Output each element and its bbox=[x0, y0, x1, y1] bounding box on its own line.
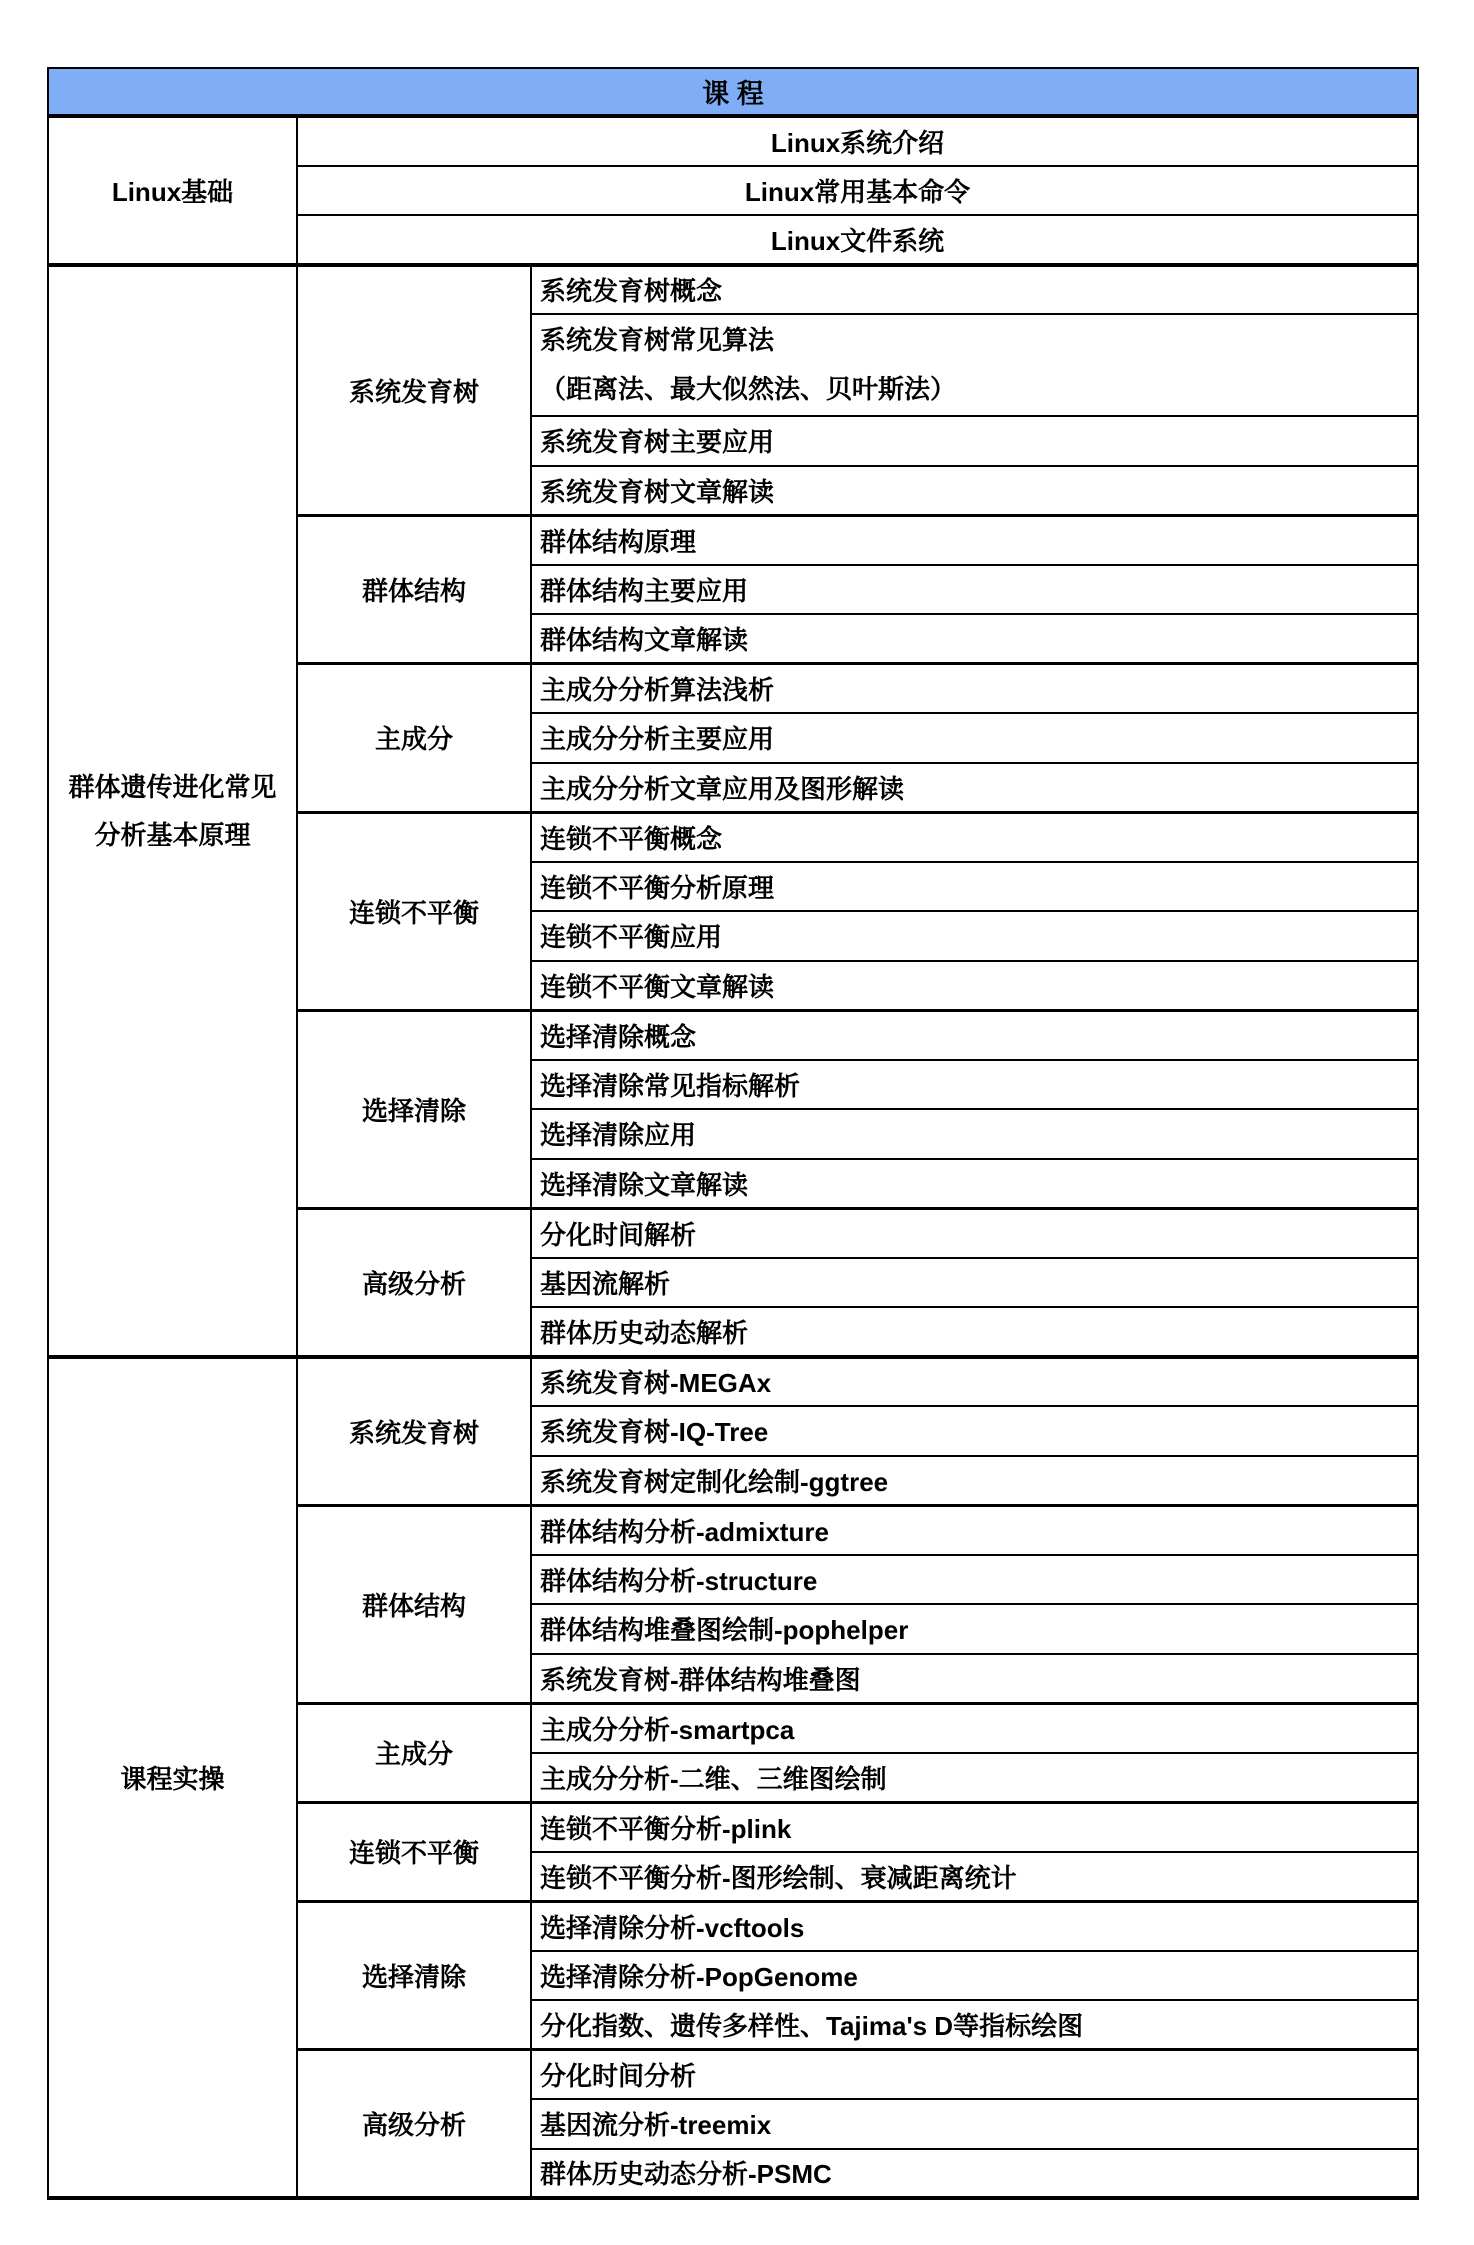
course-cell: 选择清除分析-PopGenome bbox=[531, 1951, 1418, 2001]
course-cell: 系统发育树-群体结构堆叠图 bbox=[531, 1654, 1418, 1704]
table-header-row: 课 程 bbox=[48, 68, 1418, 116]
course-cell: 选择清除文章解读 bbox=[531, 1159, 1418, 1209]
course-cell: 群体结构分析-structure bbox=[531, 1555, 1418, 1605]
subsection-cell-population-structure: 群体结构 bbox=[297, 515, 531, 664]
course-cell: 系统发育树-IQ-Tree bbox=[531, 1406, 1418, 1456]
course-cell: 连锁不平衡分析原理 bbox=[531, 862, 1418, 912]
table-row: Linux基础 Linux系统介绍 bbox=[48, 116, 1418, 166]
course-cell: 分化指数、遗传多样性、Tajima's D等指标绘图 bbox=[531, 2000, 1418, 2050]
course-cell: 基因流解析 bbox=[531, 1258, 1418, 1308]
course-cell: 分化时间分析 bbox=[531, 2050, 1418, 2100]
table-row: 群体遗传进化常见 分析基本原理 系统发育树 系统发育树概念 bbox=[48, 265, 1418, 315]
course-cell: 群体结构文章解读 bbox=[531, 614, 1418, 664]
course-cell: 连锁不平衡应用 bbox=[531, 911, 1418, 961]
subsection-cell-selective-sweep: 选择清除 bbox=[297, 1901, 531, 2050]
course-cell: 群体结构堆叠图绘制-pophelper bbox=[531, 1604, 1418, 1654]
course-cell: 系统发育树主要应用 bbox=[531, 416, 1418, 466]
course-cell: 系统发育树-MEGAx bbox=[531, 1357, 1418, 1407]
course-cell: 系统发育树文章解读 bbox=[531, 466, 1418, 516]
course-table-container: 课 程 Linux基础 Linux系统介绍 Linux常用基本命令 Linux文… bbox=[47, 67, 1419, 2200]
subsection-cell-pca: 主成分 bbox=[297, 664, 531, 813]
course-line: 系统发育树常见算法 bbox=[540, 316, 1416, 365]
course-cell: 主成分分析-smartpca bbox=[531, 1703, 1418, 1753]
subsection-cell-phylogenetic-tree: 系统发育树 bbox=[297, 265, 531, 516]
course-cell: 连锁不平衡文章解读 bbox=[531, 961, 1418, 1011]
course-cell: Linux文件系统 bbox=[297, 215, 1418, 265]
course-cell: 系统发育树常见算法 （距离法、最大似然法、贝叶斯法） bbox=[531, 314, 1418, 416]
table-row: 课程实操 系统发育树 系统发育树-MEGAx bbox=[48, 1357, 1418, 1407]
course-line: （距离法、最大似然法、贝叶斯法） bbox=[540, 365, 1416, 414]
subsection-cell-phylogenetic-tree: 系统发育树 bbox=[297, 1357, 531, 1506]
course-cell: Linux系统介绍 bbox=[297, 116, 1418, 166]
course-cell: 群体历史动态解析 bbox=[531, 1307, 1418, 1357]
course-cell: 群体结构分析-admixture bbox=[531, 1505, 1418, 1555]
category-line: 群体遗传进化常见 bbox=[50, 763, 295, 811]
course-cell: 群体历史动态分析-PSMC bbox=[531, 2149, 1418, 2199]
subsection-cell-advanced-analysis: 高级分析 bbox=[297, 1208, 531, 1357]
category-cell-linux-basics: Linux基础 bbox=[48, 116, 297, 265]
course-cell: 主成分分析文章应用及图形解读 bbox=[531, 763, 1418, 813]
subsection-cell-linkage-disequilibrium: 连锁不平衡 bbox=[297, 812, 531, 1010]
course-cell: 连锁不平衡分析-plink bbox=[531, 1802, 1418, 1852]
subsection-cell-selective-sweep: 选择清除 bbox=[297, 1010, 531, 1208]
course-cell: 系统发育树定制化绘制-ggtree bbox=[531, 1456, 1418, 1506]
course-cell: 主成分分析主要应用 bbox=[531, 713, 1418, 763]
course-cell: 群体结构原理 bbox=[531, 515, 1418, 565]
course-cell: 主成分分析-二维、三维图绘制 bbox=[531, 1753, 1418, 1803]
subsection-cell-pca: 主成分 bbox=[297, 1703, 531, 1802]
course-cell: 基因流分析-treemix bbox=[531, 2099, 1418, 2149]
table-title: 课 程 bbox=[48, 68, 1418, 116]
course-cell: 分化时间解析 bbox=[531, 1208, 1418, 1258]
category-cell-principles: 群体遗传进化常见 分析基本原理 bbox=[48, 265, 297, 1357]
course-cell: 选择清除应用 bbox=[531, 1109, 1418, 1159]
course-table: 课 程 Linux基础 Linux系统介绍 Linux常用基本命令 Linux文… bbox=[47, 67, 1419, 2200]
course-cell: 连锁不平衡分析-图形绘制、衰减距离统计 bbox=[531, 1852, 1418, 1902]
category-line: 分析基本原理 bbox=[50, 811, 295, 859]
subsection-cell-population-structure: 群体结构 bbox=[297, 1505, 531, 1703]
subsection-cell-advanced-analysis: 高级分析 bbox=[297, 2050, 531, 2199]
course-cell: 连锁不平衡概念 bbox=[531, 812, 1418, 862]
category-cell-practice: 课程实操 bbox=[48, 1357, 297, 2199]
course-cell: 系统发育树概念 bbox=[531, 265, 1418, 315]
course-cell: 群体结构主要应用 bbox=[531, 565, 1418, 615]
course-cell: 主成分分析算法浅析 bbox=[531, 664, 1418, 714]
course-cell: 选择清除常见指标解析 bbox=[531, 1060, 1418, 1110]
course-cell: 选择清除分析-vcftools bbox=[531, 1901, 1418, 1951]
subsection-cell-linkage-disequilibrium: 连锁不平衡 bbox=[297, 1802, 531, 1901]
course-cell: 选择清除概念 bbox=[531, 1010, 1418, 1060]
course-cell: Linux常用基本命令 bbox=[297, 166, 1418, 216]
